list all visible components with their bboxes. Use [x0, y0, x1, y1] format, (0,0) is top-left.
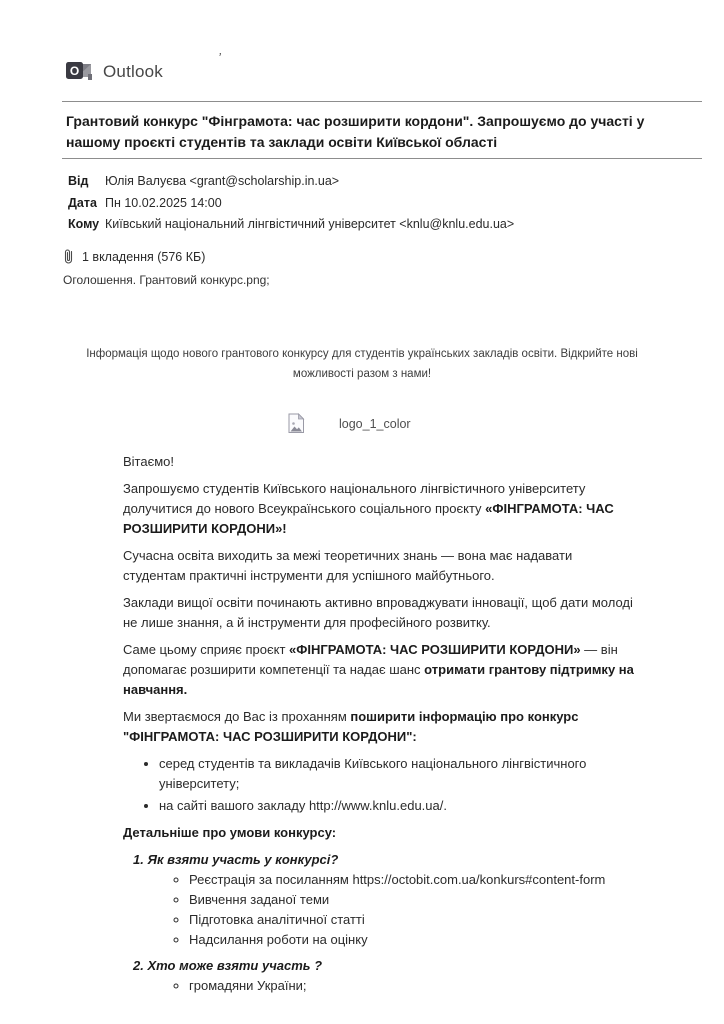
- paragraph-project: Саме цьому сприяє проєкт «ФІНГРАМОТА: ЧА…: [123, 640, 635, 700]
- paragraph-invite: Запрошуємо студентів Київського націонал…: [123, 479, 635, 539]
- broken-image-icon: [288, 413, 305, 434]
- attachment-section: 1 вкладення (576 КБ) Оголошення. Грантов…: [63, 248, 270, 287]
- paperclip-icon: [63, 248, 74, 265]
- from-label: Від: [68, 171, 105, 193]
- step-items: Реєстрація за посиланням https://octobit…: [123, 870, 635, 950]
- divider-subject: [62, 158, 702, 159]
- step-how-to-participate: 1. Як взяти участь у конкурсі? Реєстраці…: [123, 850, 635, 950]
- from-value: Юлія Валуєва <grant@scholarship.in.ua>: [105, 171, 339, 193]
- meta-from-row: Від Юлія Валуєва <grant@scholarship.in.u…: [68, 171, 514, 193]
- outlook-brand: O Outlook: [66, 60, 163, 83]
- logo-alt-text: logo_1_color: [339, 417, 411, 431]
- paragraph-request: Ми звертаємося до Вас із проханням пошир…: [123, 707, 635, 747]
- step-items: громадяни України;: [123, 976, 635, 996]
- scan-artifact-mark: ’: [218, 50, 221, 65]
- list-item: Реєстрація за посиланням https://octobit…: [189, 870, 635, 890]
- paragraph-education: Сучасна освіта виходить за межі теоретич…: [123, 546, 635, 586]
- list-item: Надсилання роботи на оцінку: [189, 930, 635, 950]
- list-item: серед студентів та викладачів Київського…: [159, 754, 635, 794]
- step-title: 2. Хто може взяти участь ?: [133, 956, 635, 976]
- list-item: громадяни України;: [189, 976, 635, 996]
- greeting: Вітаємо!: [123, 452, 635, 472]
- details-heading: Детальніше про умови конкурсу:: [123, 823, 635, 843]
- svg-text:O: O: [70, 64, 79, 78]
- step-who-can-participate: 2. Хто може взяти участь ? громадяни Укр…: [123, 956, 635, 996]
- to-value: Київський національний лінгвістичний уні…: [105, 214, 514, 236]
- list-item: на сайті вашого закладу http://www.knlu.…: [159, 796, 635, 816]
- attachment-filename: Оголошення. Грантовий конкурс.png;: [63, 273, 270, 287]
- date-value: Пн 10.02.2025 14:00: [105, 193, 222, 215]
- paragraph-institutions: Заклади вищої освіти починають активно в…: [123, 593, 635, 633]
- list-item: Підготовка аналітичної статті: [189, 910, 635, 930]
- scanned-email-page: ’ O Outlook Грантовий конкурс "Фінграмот…: [0, 0, 724, 1024]
- share-bullet-list: серед студентів та викладачів Київського…: [123, 754, 635, 816]
- email-body: Вітаємо! Запрошуємо студентів Київського…: [123, 452, 635, 1002]
- list-item: Вивчення заданої теми: [189, 890, 635, 910]
- email-preheader: Інформація щодо нового грантового конкур…: [62, 344, 662, 384]
- email-subject: Грантовий конкурс "Фінграмота: час розши…: [66, 111, 678, 153]
- outlook-wordmark: Outlook: [103, 62, 163, 82]
- meta-to-row: Кому Київський національний лінгвістични…: [68, 214, 514, 236]
- attachment-summary-row: 1 вкладення (576 КБ): [63, 248, 270, 265]
- outlook-icon: O: [66, 60, 93, 83]
- to-label: Кому: [68, 214, 105, 236]
- email-meta: Від Юлія Валуєва <grant@scholarship.in.u…: [68, 171, 514, 236]
- step-title: 1. Як взяти участь у конкурсі?: [133, 850, 635, 870]
- attachment-count: 1 вкладення (576 КБ): [82, 250, 205, 264]
- date-label: Дата: [68, 193, 105, 215]
- divider-top: [62, 101, 702, 102]
- logo-placeholder-row: logo_1_color: [288, 413, 411, 434]
- meta-date-row: Дата Пн 10.02.2025 14:00: [68, 193, 514, 215]
